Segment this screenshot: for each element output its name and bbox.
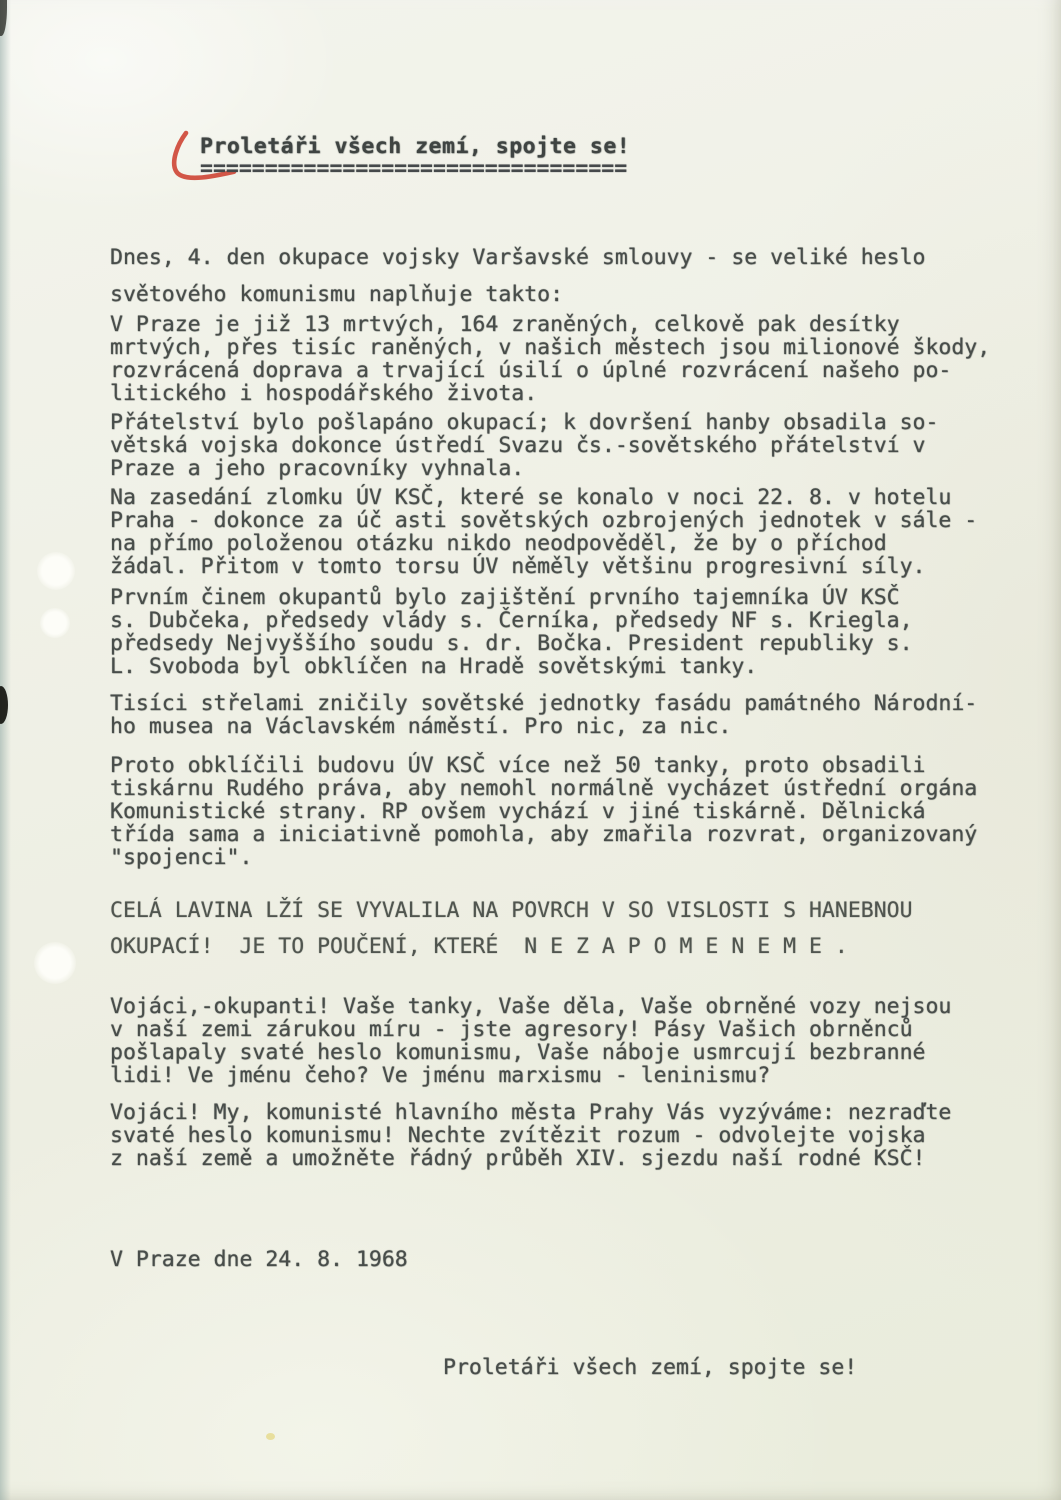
- paragraph-6: Tisíci střelami zničily sovětské jednotk…: [110, 692, 1011, 738]
- paragraph-list: Dnes, 4. den okupace vojsky Varšavské sm…: [110, 239, 1011, 1170]
- paragraph-5: Prvním činem okupantů bylo zajištění prv…: [110, 586, 1011, 678]
- title-underline: =================================: [200, 159, 1011, 179]
- scanned-document-page: Proletáři všech zemí, spojte se! =======…: [0, 0, 1061, 1500]
- paragraph-3: Přátelství bylo pošlapáno okupací; k dov…: [110, 411, 1011, 480]
- document-title: Proletáři všech zemí, spojte se!: [200, 135, 1011, 158]
- document-content: Proletáři všech zemí, spojte se! =======…: [0, 0, 1061, 1500]
- date-line: V Praze dne 24. 8. 1968: [110, 1248, 1011, 1271]
- paragraph-10: Vojáci! My, komunisté hlavního města Pra…: [110, 1101, 1011, 1170]
- paragraph-9: Vojáci,-okupanti! Vaše tanky, Vaše děla,…: [110, 995, 1011, 1087]
- emphasis-paragraph: CELÁ LAVINA LŽÍ SE VYVALILA NA POVRCH V …: [110, 893, 1011, 965]
- closing-slogan: Proletáři všech zemí, spojte se!: [110, 1356, 1011, 1379]
- paragraph-4: Na zasedání zlomku ÚV KSČ, které se kona…: [110, 486, 1011, 578]
- paragraph-7: Proto obklíčili budovu ÚV KSČ více než 5…: [110, 754, 1011, 869]
- paragraph-1: Dnes, 4. den okupace vojsky Varšavské sm…: [110, 239, 1011, 313]
- paragraph-2: V Praze je již 13 mrtvých, 164 zraněných…: [110, 313, 1011, 405]
